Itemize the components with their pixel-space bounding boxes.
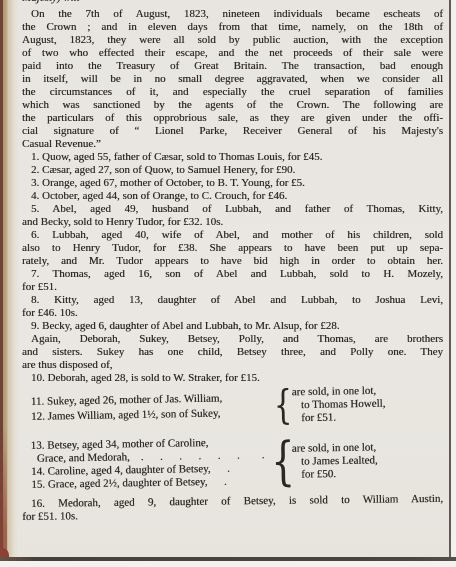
book-page-scan: Majesty) will On the 7th of August, 1823…	[0, 0, 456, 567]
sale-lot-group-2: 13. Betsey, aged 34, mother of Caroline,…	[22, 429, 444, 496]
lot-1-items: 11. Sukey, aged 26, mother of Jas. Willi…	[22, 383, 275, 433]
text-line: are thus disposed of,	[22, 359, 443, 372]
text-line: 6. Lubbah, aged 40, wife of Abel, and mo…	[22, 229, 443, 242]
page-text-column: Majesty) will On the 7th of August, 1823…	[22, 0, 443, 524]
text-line: for £50.	[292, 466, 443, 481]
text-line: Casual Revenue.”	[22, 138, 443, 151]
text-line: 3. Orange, aged 67, mother of October, t…	[22, 177, 443, 190]
text-line: 7. Thomas, aged 16, son of Abel and Lubb…	[22, 268, 443, 281]
page-left-edge	[0, 0, 20, 557]
text-line: On the 7th of August, 1823, nineteen ind…	[22, 8, 443, 21]
text-line: paid into the Treasury of Great Britain.…	[22, 60, 443, 73]
page-bottom-edge	[0, 557, 456, 567]
text-line: 8. Kitty, aged 13, daughter of Abel and …	[22, 294, 443, 307]
text-line: 4. October, aged 44, son of Orange, to C…	[22, 190, 443, 203]
text-line-fragment: Majesty) will	[22, 0, 443, 5]
page-right-edge	[449, 0, 456, 557]
text-line: 1. Quow, aged 55, father of Cæsar, sold …	[22, 151, 443, 164]
text-line: Again, Deborah, Sukey, Betsey, Polly, an…	[22, 333, 443, 346]
text-line: of two who effected their escape, and th…	[22, 47, 443, 60]
text-line: and Becky, sold to Henry Tudor, for £32.…	[22, 216, 443, 229]
text-line: for £51.	[292, 409, 443, 425]
text-line: the particulars of this opprobrious sale…	[22, 112, 443, 125]
lot-2-result: are sold, in one lot,to James Lealted,fo…	[291, 429, 443, 491]
text-line: and sisters. Sukey has one child, Betsey…	[22, 346, 443, 359]
text-line: cial signature of “ Lionel Parke, Receiv…	[22, 125, 443, 138]
brace-glyph: {	[276, 382, 289, 428]
text-line: in itself, will be in no small degree ag…	[22, 73, 443, 86]
brace-glyph: {	[276, 432, 290, 492]
text-line: 15. Grace, aged 2½, daughter of Betsey, …	[22, 475, 274, 492]
text-line: 5. Abel, aged 49, husband of Lubbah, and…	[22, 203, 443, 216]
text-line: the circumstances of it, and especially …	[22, 86, 443, 99]
text-line: August, 1823, they were all sold by publ…	[22, 34, 443, 47]
text-line: also to Henry Tudor, for £38. She appear…	[22, 242, 443, 255]
text-line: rately, and Mr. Tudor appears to have bi…	[22, 255, 443, 268]
lot-2-items: 13. Betsey, aged 34, mother of Caroline,…	[22, 432, 275, 496]
sale-lot-group-1: 11. Sukey, aged 26, mother of Jas. Willi…	[22, 380, 444, 433]
text-line: 9. Becky, aged 6, daughter of Abel and L…	[22, 320, 443, 333]
text-line: for £51.	[22, 281, 443, 294]
text-line: for £46. 10s.	[22, 307, 443, 320]
final-item-block: 16. Medorah, aged 9, daughter of Betsey,…	[22, 493, 443, 524]
text-line: 2. Cæsar, aged 27, son of Quow, to Samue…	[22, 164, 443, 177]
text-line: 12. James William, aged 1½, son of Sukey…	[22, 406, 274, 425]
text-line: the Crown ; and in eleven days from that…	[22, 21, 443, 34]
lot-1-result: are sold, in one lot,to Thomas Howell,fo…	[292, 380, 444, 429]
main-text-block: On the 7th of August, 1823, nineteen ind…	[22, 8, 443, 385]
text-line: which was sanctioned by the agents of th…	[22, 99, 443, 112]
clipped-top-line: Majesty) will	[22, 0, 443, 5]
